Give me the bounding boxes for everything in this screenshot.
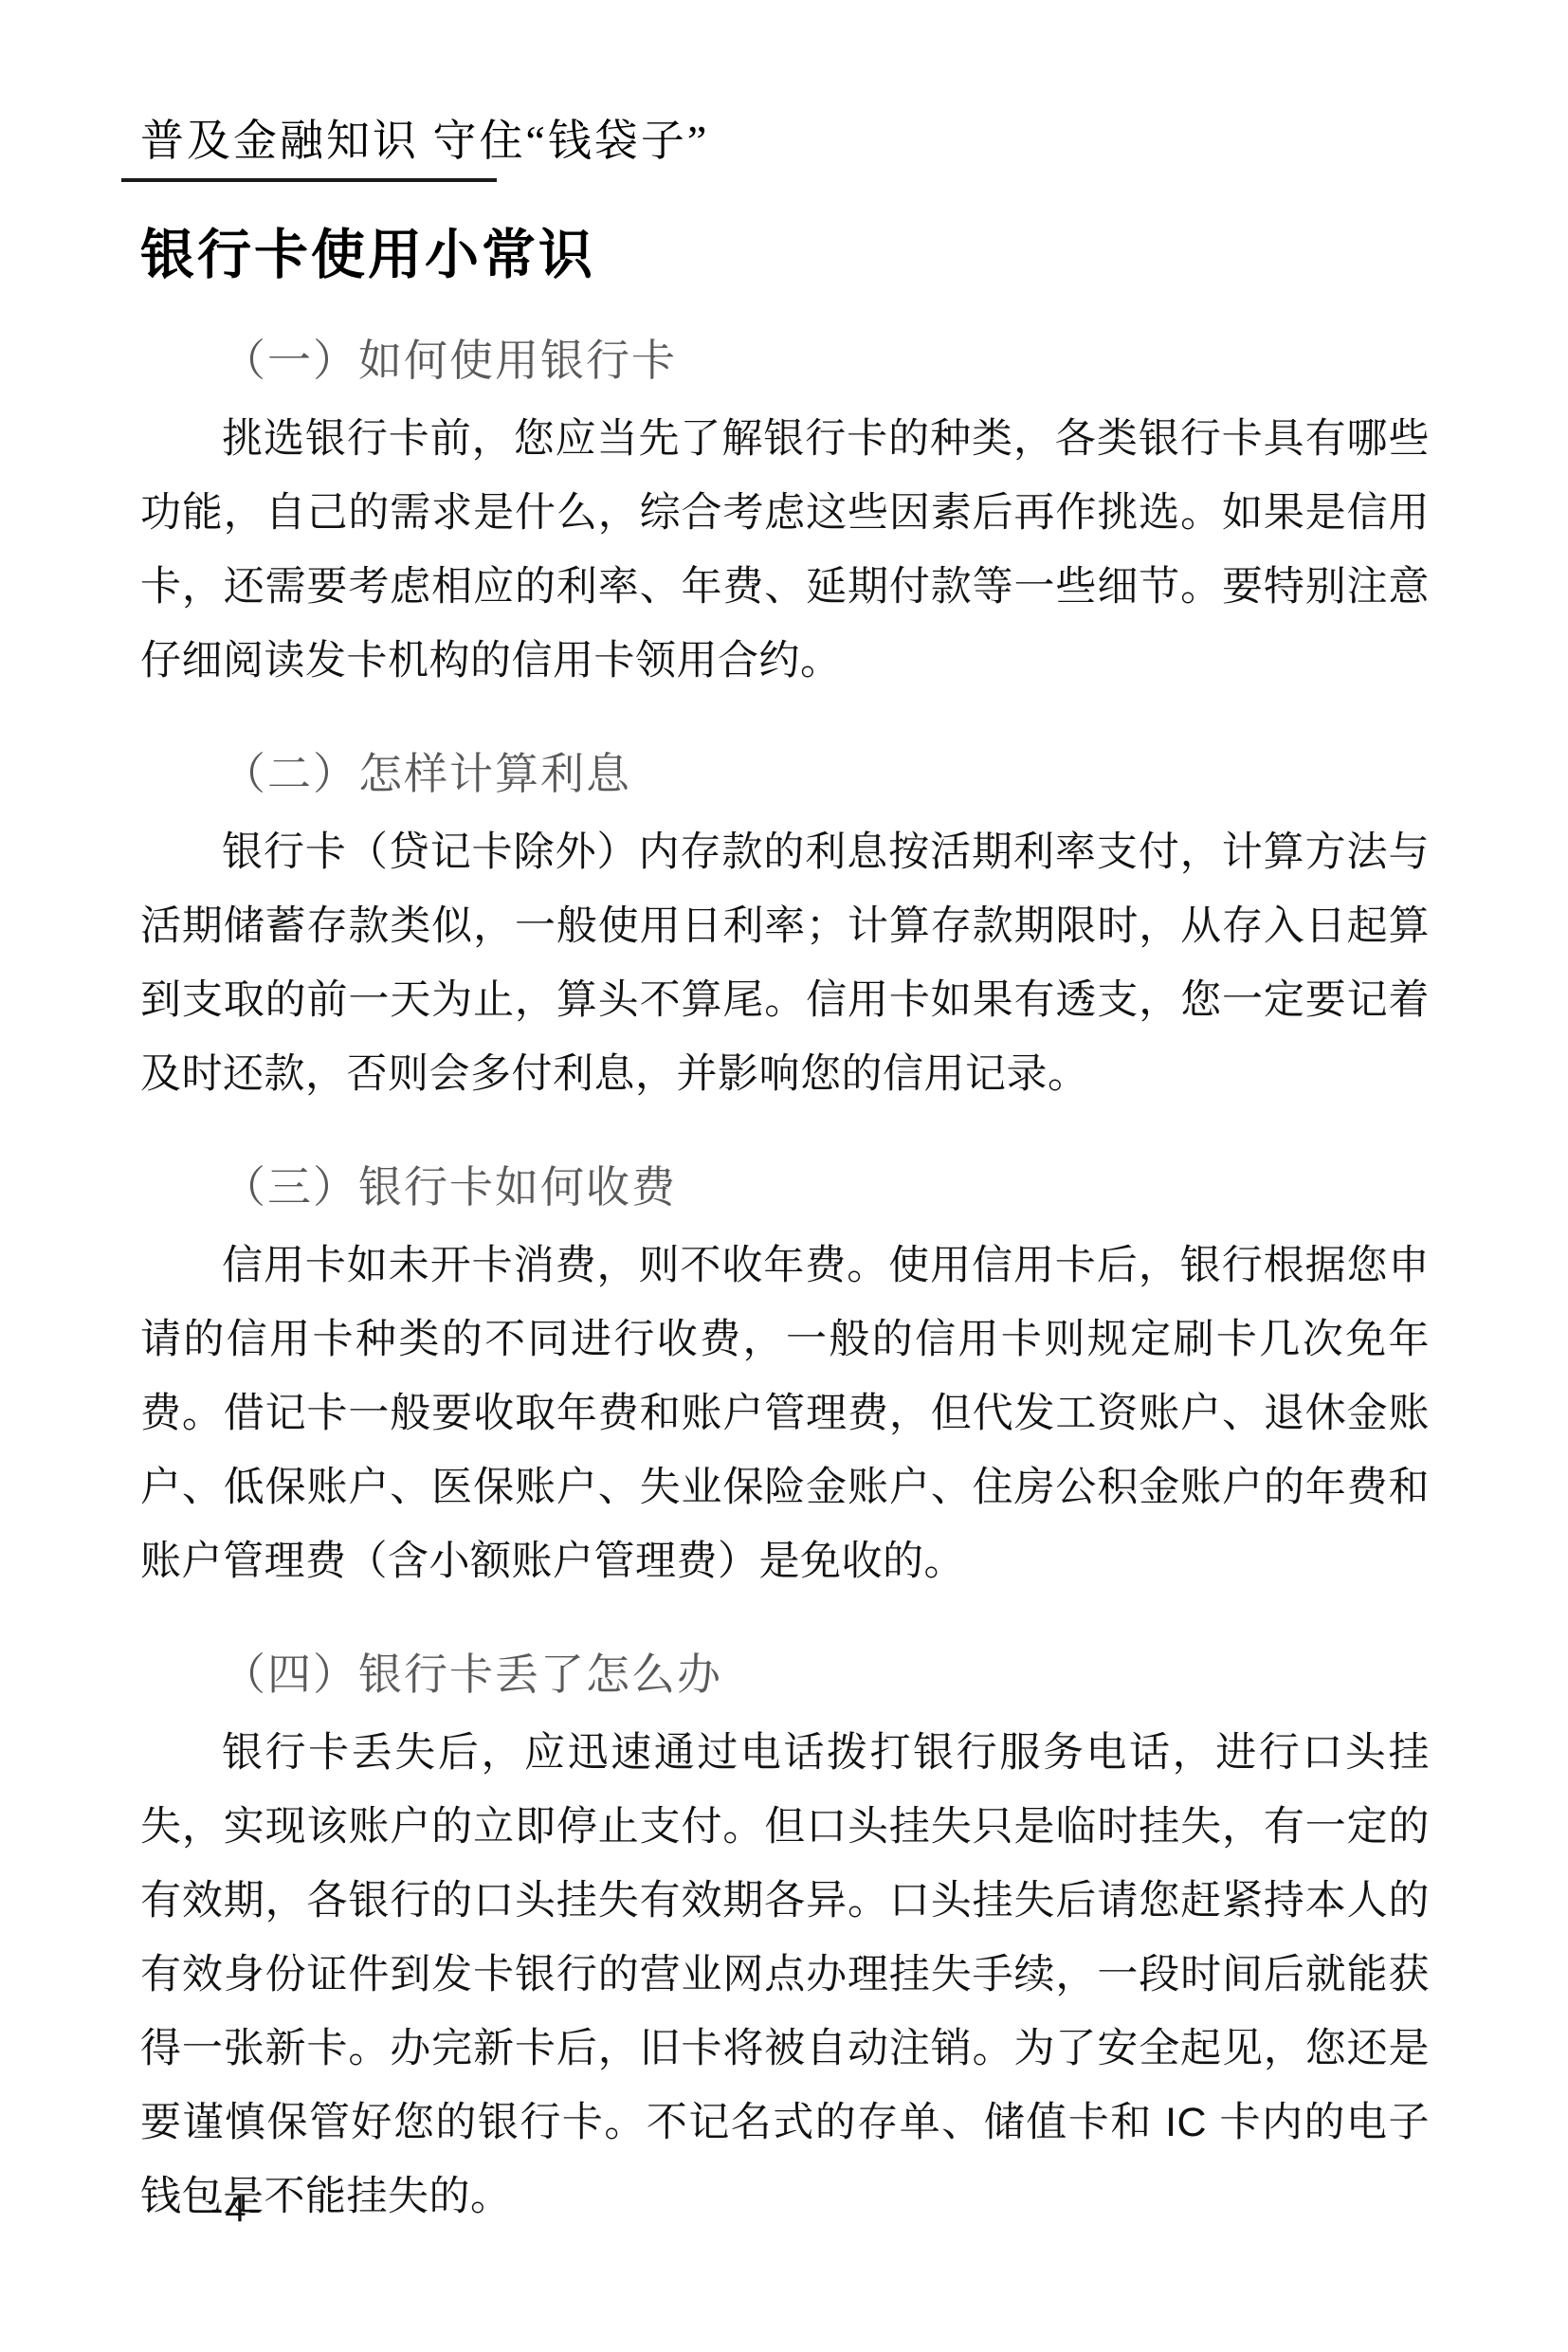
page-number: -4- [210, 2188, 263, 2231]
section-4-paragraph: 银行卡丢失后，应迅速通过电话拨打银行服务电话，进行口头挂失，实现该账户的立即停止… [140, 1716, 1430, 2233]
document-page: 普及金融知识 守住“钱袋子” 银行卡使用小常识 （一）如何使用银行卡 挑选银行卡… [0, 0, 1568, 2352]
running-header: 普及金融知识 守住“钱袋子” [140, 114, 1430, 182]
section-1-paragraph: 挑选银行卡前，您应当先了解银行卡的种类，各类银行卡具有哪些功能，自己的需求是什么… [140, 402, 1430, 698]
section-2-heading: （二）怎样计算利息 [140, 747, 1430, 800]
section-1: （一）如何使用银行卡 挑选银行卡前，您应当先了解银行卡的种类，各类银行卡具有哪些… [140, 334, 1430, 698]
running-header-text: 普及金融知识 守住“钱袋子” [140, 114, 1430, 169]
section-3-heading: （三）银行卡如何收费 [140, 1160, 1430, 1213]
section-3: （三）银行卡如何收费 信用卡如未开卡消费，则不收年费。使用信用卡后，银行根据您申… [140, 1160, 1430, 1598]
section-2: （二）怎样计算利息 银行卡（贷记卡除外）内存款的利息按活期利率支付，计算方法与活… [140, 747, 1430, 1111]
header-rule [121, 178, 497, 182]
section-1-heading: （一）如何使用银行卡 [140, 334, 1430, 387]
section-2-paragraph: 银行卡（贷记卡除外）内存款的利息按活期利率支付，计算方法与活期储蓄存款类似，一般… [140, 815, 1430, 1111]
page-content: 普及金融知识 守住“钱袋子” 银行卡使用小常识 （一）如何使用银行卡 挑选银行卡… [140, 114, 1430, 2233]
page-title: 银行卡使用小常识 [140, 226, 1430, 284]
section-4-heading: （四）银行卡丢了怎么办 [140, 1648, 1430, 1701]
section-3-paragraph: 信用卡如未开卡消费，则不收年费。使用信用卡后，银行根据您申请的信用卡种类的不同进… [140, 1229, 1430, 1598]
section-4: （四）银行卡丢了怎么办 银行卡丢失后，应迅速通过电话拨打银行服务电话，进行口头挂… [140, 1648, 1430, 2233]
